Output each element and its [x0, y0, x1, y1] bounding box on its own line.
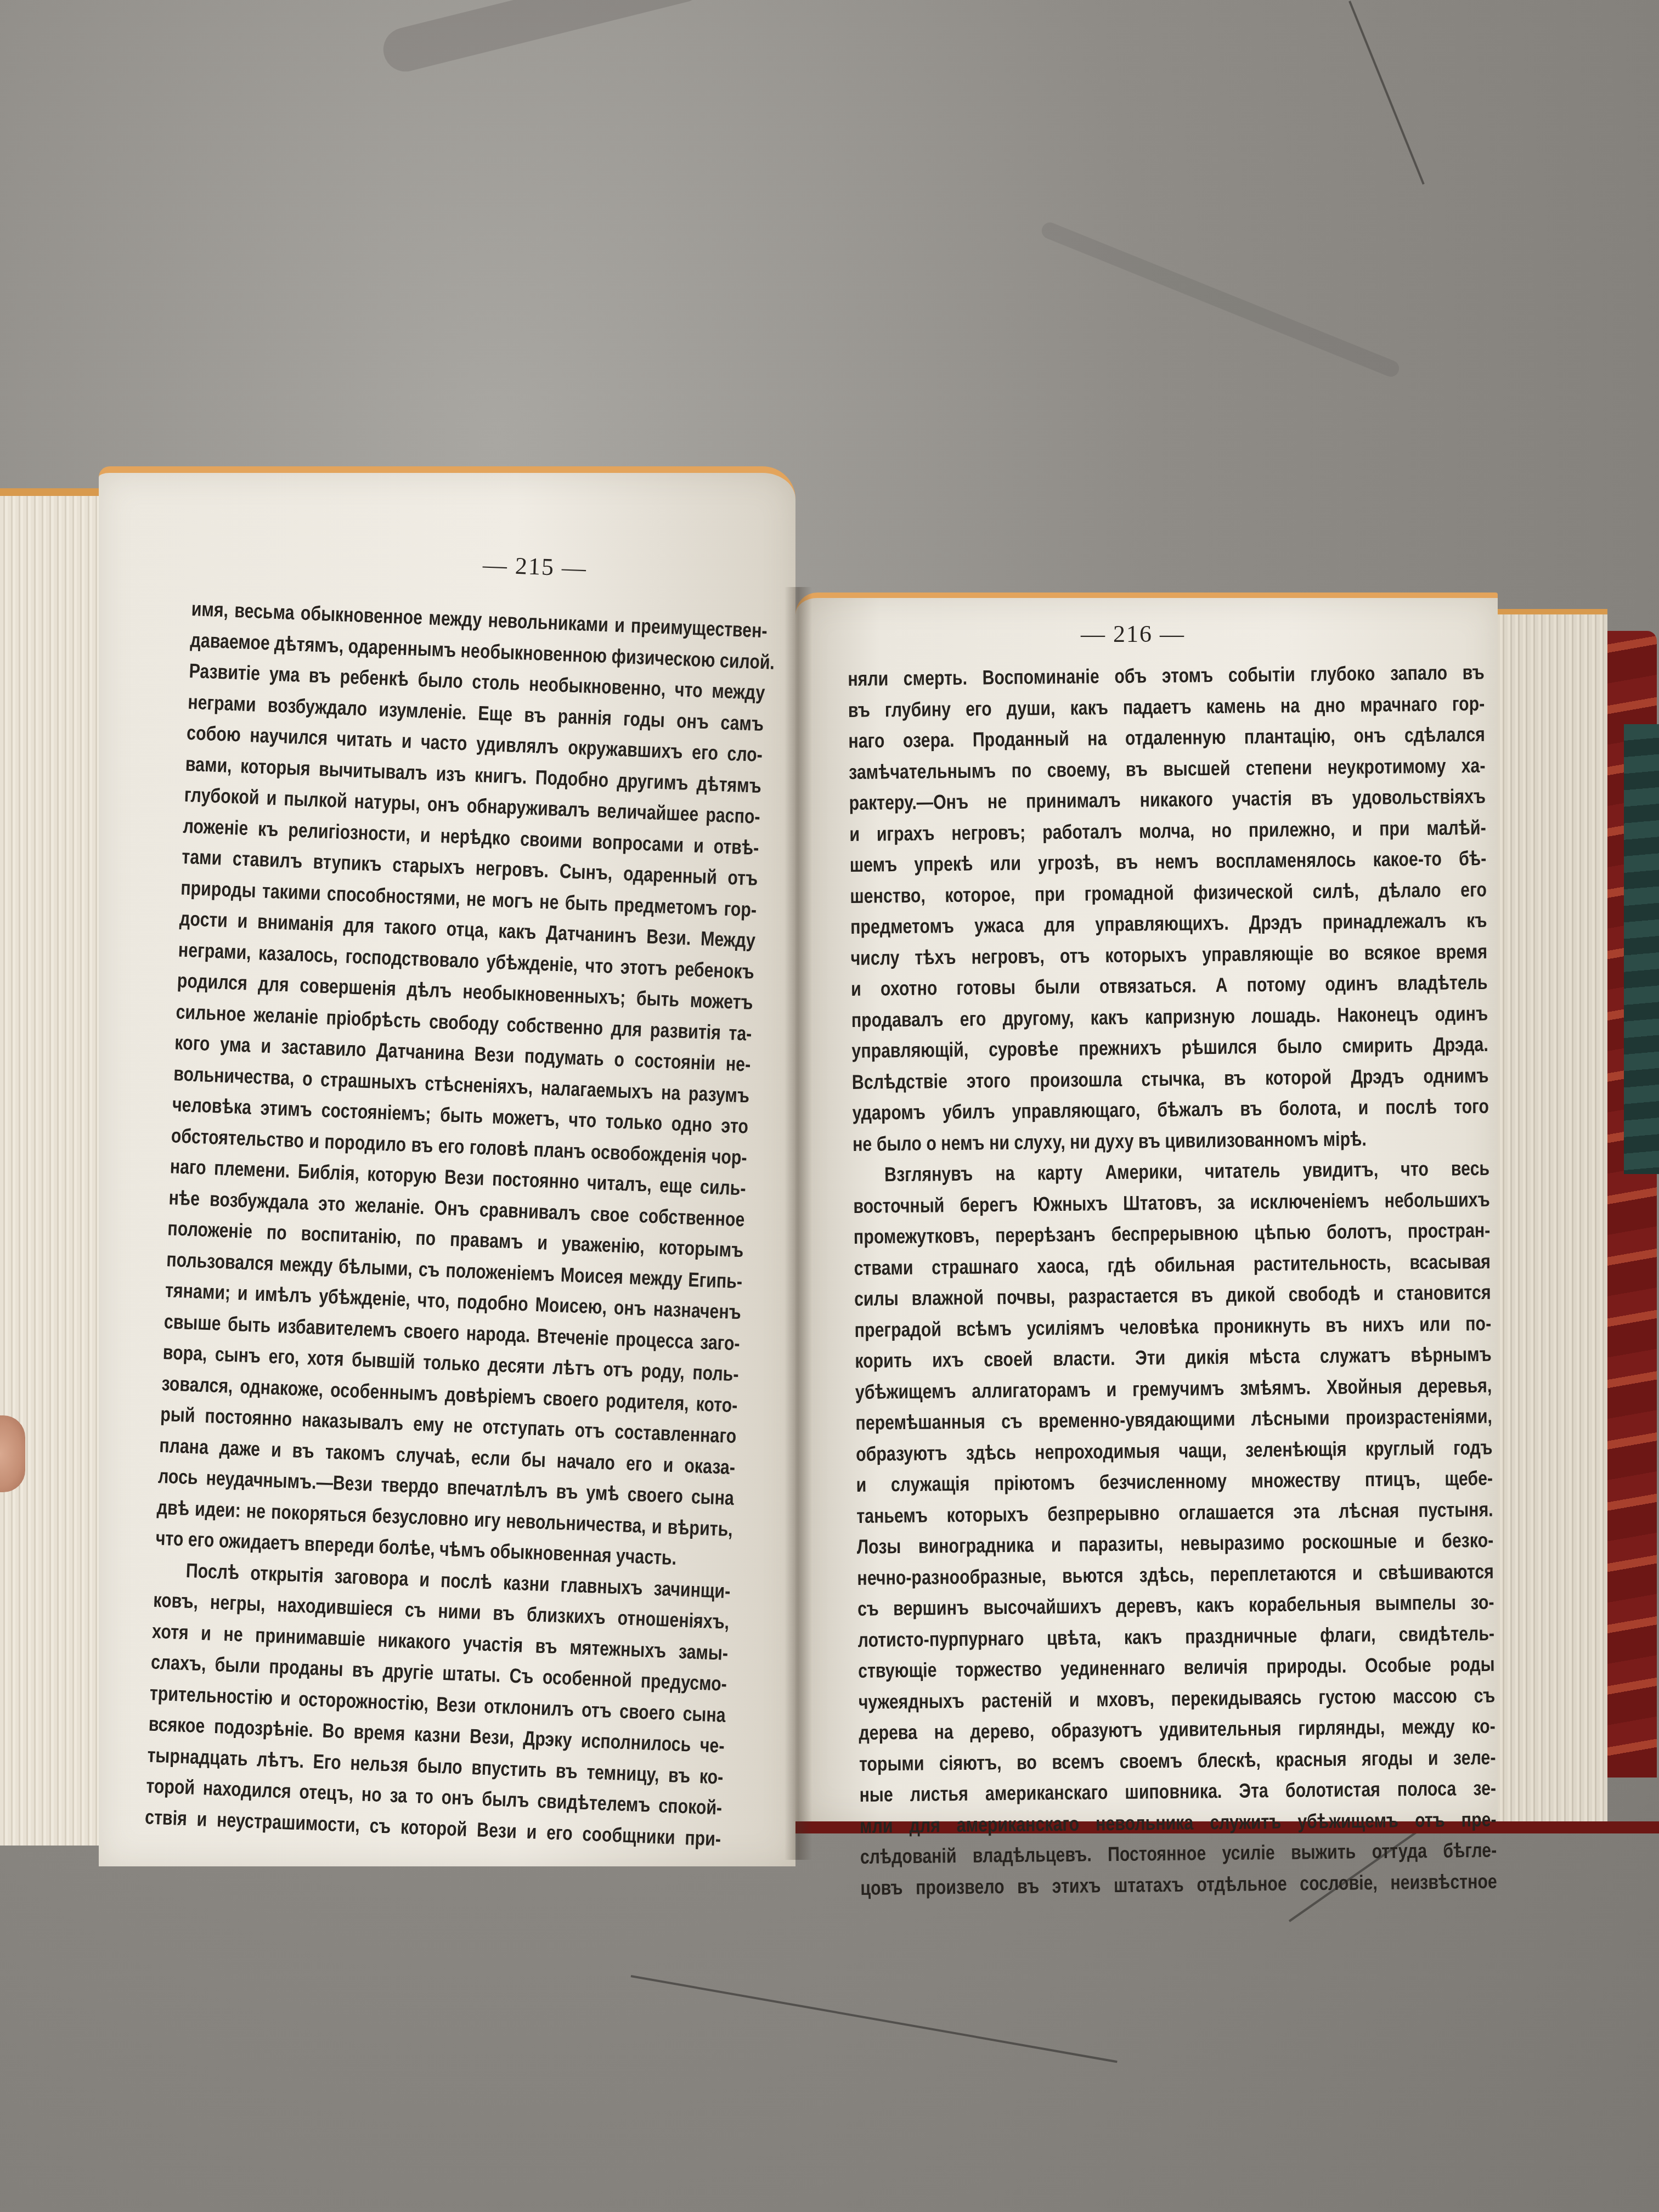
right-page-text: няли смерть. Воспоминаніе объ этомъ собы… — [848, 657, 1497, 1904]
page-number-left: — 215 — — [482, 551, 588, 583]
surface-crack — [1348, 1, 1425, 184]
left-page-stack-edge — [0, 488, 115, 1846]
stone-vein — [379, 0, 709, 76]
left-page: — 215 — имя, весьма обыкновенное между н… — [99, 466, 795, 1866]
book-cover-green-spine — [1624, 724, 1659, 1174]
page-number-right: — 216 — — [1081, 620, 1185, 648]
right-page-stack-edge — [1492, 609, 1607, 1821]
left-page-text: имя, весьма обыкновенное между невольник… — [144, 594, 768, 1855]
surface-crack — [631, 1975, 1118, 2063]
open-book: — 215 — имя, весьма обыкновенное между н… — [0, 466, 1659, 1893]
holding-finger — [0, 1415, 25, 1492]
book-gutter — [785, 587, 812, 1860]
right-page: — 216 — няли смерть. Воспоминаніе объ эт… — [795, 592, 1498, 1821]
stone-vein — [1039, 220, 1401, 379]
